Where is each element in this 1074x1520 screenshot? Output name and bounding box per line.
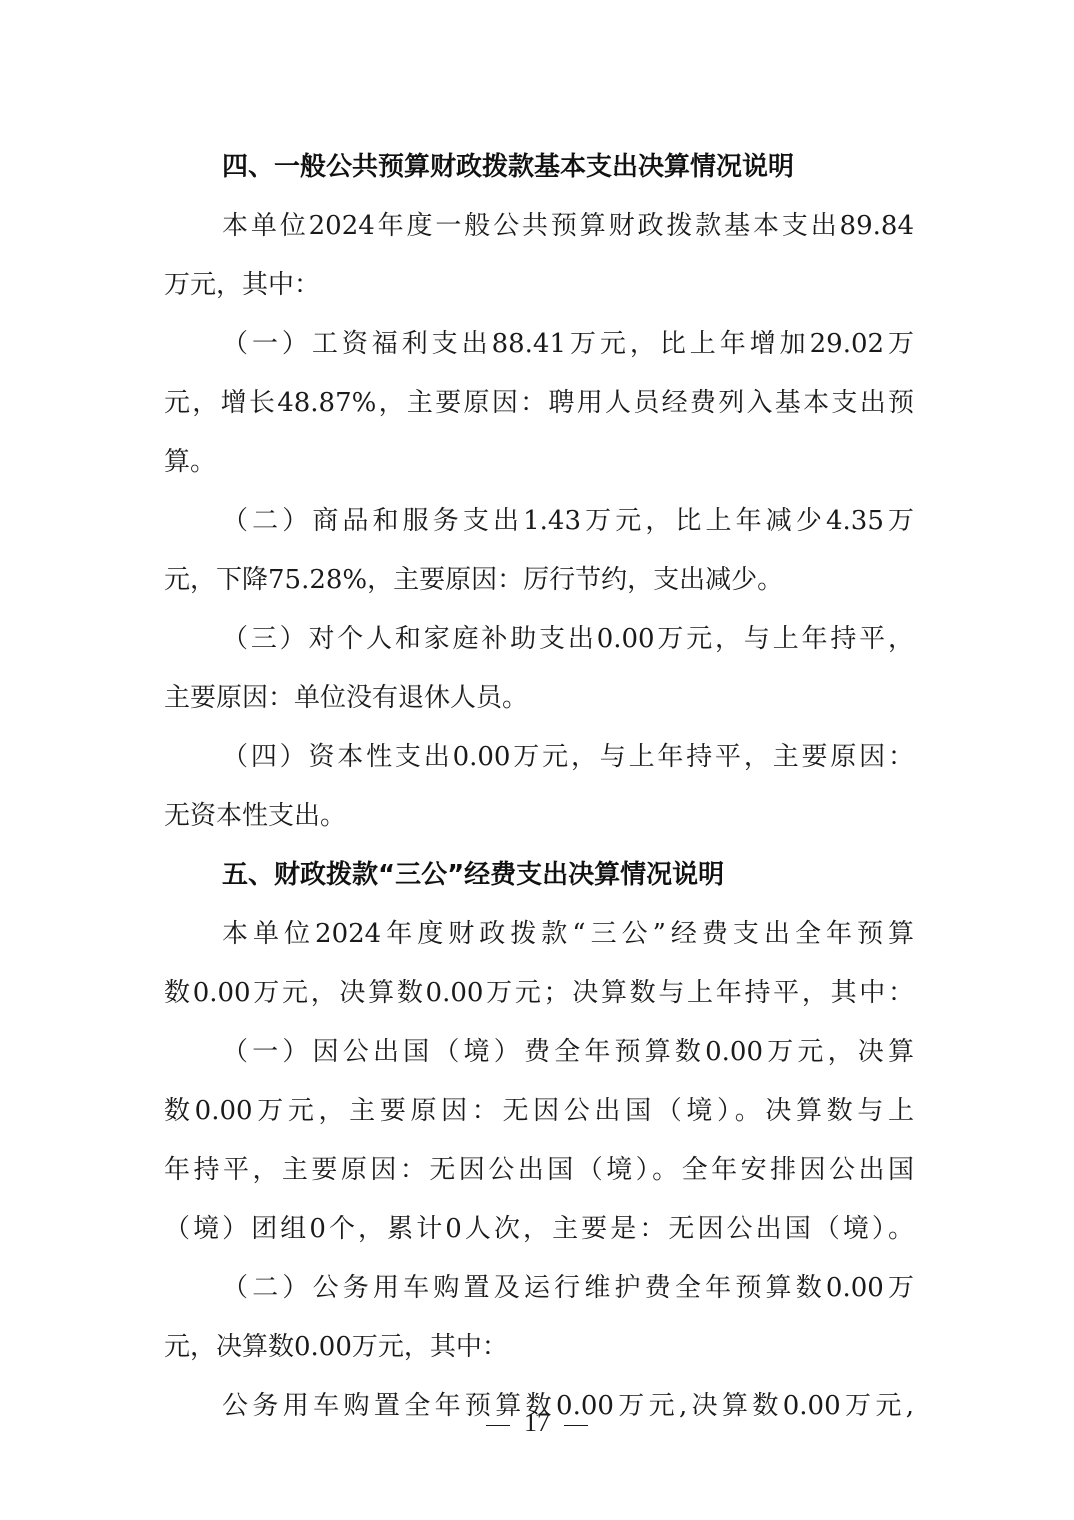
text-line: （境）团组0个，累计0人次，主要是：无因公出国（境）。 <box>164 1200 914 1259</box>
text-line: 本单位2024年度一般公共预算财政拨款基本支出89.84 <box>164 197 914 256</box>
text-line: 数0.00万元，决算数0.00万元；决算数与上年持平，其中： <box>164 964 914 1023</box>
text-line: （四）资本性支出0.00万元，与上年持平，主要原因： <box>164 728 914 787</box>
page-footer: 17 <box>0 1408 1074 1438</box>
text-line: 无资本性支出。 <box>164 787 914 846</box>
document-page: 四、一般公共预算财政拨款基本支出决算情况说明 本单位2024年度一般公共预算财政… <box>164 138 914 1436</box>
text-line: 元，增长48.87%，主要原因：聘用人员经费列入基本支出预 <box>164 374 914 433</box>
text-line: （三）对个人和家庭补助支出0.00万元，与上年持平， <box>164 610 914 669</box>
text-line: （二）公务用车购置及运行维护费全年预算数0.00万 <box>164 1259 914 1318</box>
section4-item-3: （三）对个人和家庭补助支出0.00万元，与上年持平， 主要原因：单位没有退休人员… <box>164 610 914 728</box>
text-line: 本单位2024年度财政拨款“三公”经费支出全年预算 <box>164 905 914 964</box>
section5-item-1: （一）因公出国（境）费全年预算数0.00万元，决算 数0.00万元，主要原因：无… <box>164 1023 914 1259</box>
text-line: 主要原因：单位没有退休人员。 <box>164 669 914 728</box>
section5-intro: 本单位2024年度财政拨款“三公”经费支出全年预算 数0.00万元，决算数0.0… <box>164 905 914 1023</box>
text-line: （一）工资福利支出88.41万元，比上年增加29.02万 <box>164 315 914 374</box>
section-heading-4: 四、一般公共预算财政拨款基本支出决算情况说明 <box>164 138 914 197</box>
text-line: （一）因公出国（境）费全年预算数0.00万元，决算 <box>164 1023 914 1082</box>
dash-left <box>486 1425 510 1426</box>
text-line: （二）商品和服务支出1.43万元，比上年减少4.35万 <box>164 492 914 551</box>
section4-item-2: （二）商品和服务支出1.43万元，比上年减少4.35万 元，下降75.28%，主… <box>164 492 914 610</box>
text-line: 算。 <box>164 433 914 492</box>
section4-item-4: （四）资本性支出0.00万元，与上年持平，主要原因： 无资本性支出。 <box>164 728 914 846</box>
section5-item-2: （二）公务用车购置及运行维护费全年预算数0.00万 元，决算数0.00万元，其中… <box>164 1259 914 1377</box>
section4-item-1: （一）工资福利支出88.41万元，比上年增加29.02万 元，增长48.87%，… <box>164 315 914 492</box>
dash-right <box>564 1425 588 1426</box>
page-number: 17 <box>524 1408 550 1437</box>
text-line: 年持平，主要原因：无因公出国（境）。全年安排因公出国 <box>164 1141 914 1200</box>
section-heading-5: 五、财政拨款“三公”经费支出决算情况说明 <box>164 846 914 905</box>
section4-intro: 本单位2024年度一般公共预算财政拨款基本支出89.84 万元，其中： <box>164 197 914 315</box>
text-line: 元，决算数0.00万元，其中： <box>164 1318 914 1377</box>
text-line: 万元，其中： <box>164 256 914 315</box>
text-line: 数0.00万元，主要原因：无因公出国（境）。决算数与上 <box>164 1082 914 1141</box>
text-line: 元，下降75.28%，主要原因：厉行节约，支出减少。 <box>164 551 914 610</box>
